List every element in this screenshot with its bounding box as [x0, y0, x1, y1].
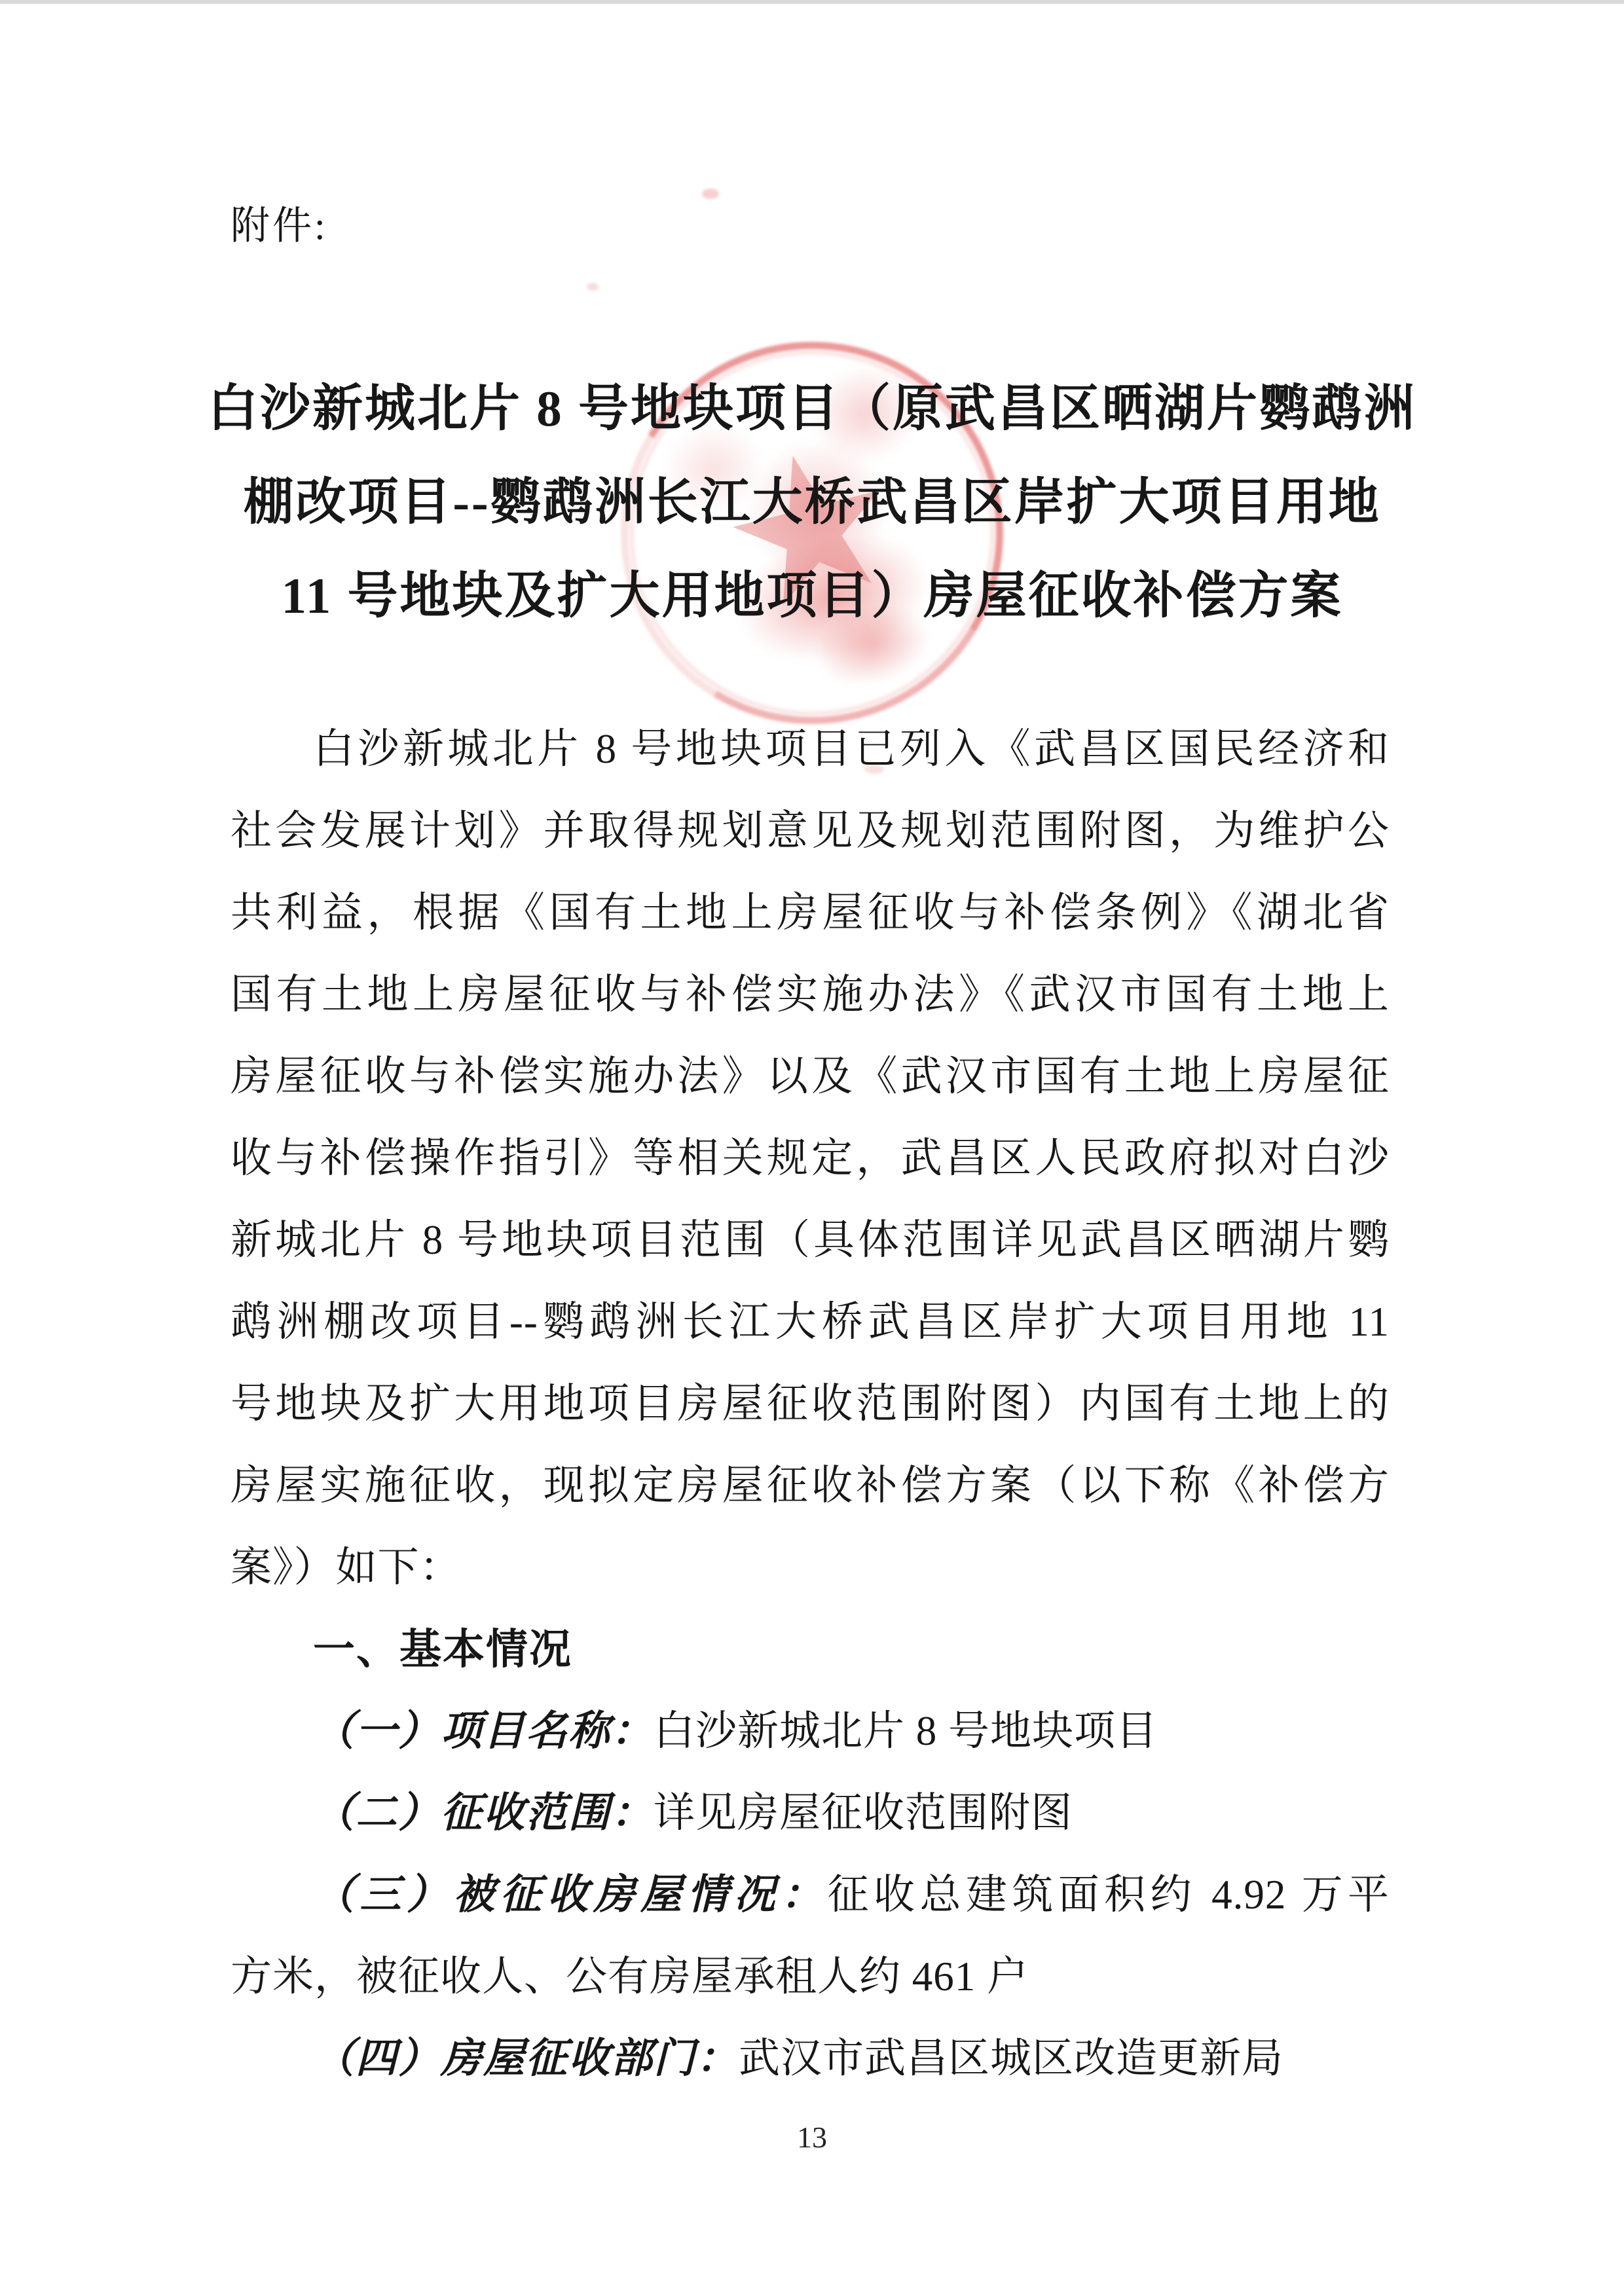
document-page: 附件: 白沙新城北片 8 号地块项目（原武昌区晒湖片鹦鹉洲 棚改项目--鹦鹉洲长…: [0, 0, 1624, 2296]
document-title: 白沙新城北片 8 号地块项目（原武昌区晒湖片鹦鹉洲 棚改项目--鹦鹉洲长江大桥武…: [0, 362, 1624, 643]
title-line: 棚改项目--鹦鹉洲长江大桥武昌区岸扩大项目用地: [0, 456, 1624, 549]
page-number: 13: [0, 2120, 1624, 2155]
item-value: 详见房屋征收范围附图: [654, 1790, 1073, 1836]
item-expropriation-scope: （二）征收范围：详见房屋征收范围附图: [231, 1772, 1390, 1854]
body-line: 新城北片 8 号地块项目范围（具体范围详见武昌区晒湖片鹦: [231, 1199, 1390, 1281]
body-line: 白沙新城北片 8 号地块项目已列入《武昌区国民经济和: [231, 708, 1390, 790]
body-line: 号地块及扩大用地项目房屋征收范围附图）内国有土地上的: [231, 1363, 1390, 1445]
item-house-situation-continuation: 方米，被征收人、公有房屋承租人约 461 户: [231, 1936, 1390, 2018]
body-line: 社会发展计划》并取得规划意见及规划范围附图，为维护公: [231, 790, 1390, 872]
seal-ink-speck: [702, 189, 719, 199]
item-value: 白沙新城北片 8 号地块项目: [654, 1708, 1158, 1754]
document-body: 白沙新城北片 8 号地块项目已列入《武昌区国民经济和 社会发展计划》并取得规划意…: [231, 708, 1390, 2100]
body-line: 房屋征收与补偿实施办法》以及《武汉市国有土地上房屋征: [231, 1036, 1390, 1118]
body-line: 案》）如下：: [231, 1527, 1390, 1609]
item-value: 武汉市武昌区城区改造更新局: [739, 2035, 1283, 2081]
item-label: （三）被征收房屋情况：: [313, 1872, 828, 1918]
item-house-situation: （三）被征收房屋情况：征收总建筑面积约 4.92 万平: [231, 1854, 1390, 1936]
item-label: （二）征收范围：: [313, 1790, 654, 1836]
item-value: 征收总建筑面积约 4.92 万平: [828, 1872, 1390, 1918]
seal-ink-speck: [587, 283, 599, 291]
section-heading-basic-info: 一、基本情况: [231, 1609, 1390, 1690]
attachment-label: 附件:: [231, 203, 328, 249]
title-line: 白沙新城北片 8 号地块项目（原武昌区晒湖片鹦鹉洲: [0, 362, 1624, 456]
body-line: 鹉洲棚改项目--鹦鹉洲长江大桥武昌区岸扩大项目用地 11: [231, 1281, 1390, 1363]
item-label: （一）项目名称：: [313, 1708, 654, 1754]
item-label: （四）房屋征收部门：: [313, 2035, 739, 2081]
item-expropriation-department: （四）房屋征收部门：武汉市武昌区城区改造更新局: [231, 2018, 1390, 2100]
body-line: 共利益，根据《国有土地上房屋征收与补偿条例》《湖北省: [231, 872, 1390, 954]
title-line: 11 号地块及扩大用地项目）房屋征收补偿方案: [0, 549, 1624, 643]
scan-artifact: [0, 0, 1624, 4]
body-line: 收与补偿操作指引》等相关规定，武昌区人民政府拟对白沙: [231, 1118, 1390, 1199]
body-line: 国有土地上房屋征收与补偿实施办法》《武汉市国有土地上: [231, 954, 1390, 1036]
body-line: 房屋实施征收，现拟定房屋征收补偿方案（以下称《补偿方: [231, 1445, 1390, 1527]
item-project-name: （一）项目名称：白沙新城北片 8 号地块项目: [231, 1690, 1390, 1772]
